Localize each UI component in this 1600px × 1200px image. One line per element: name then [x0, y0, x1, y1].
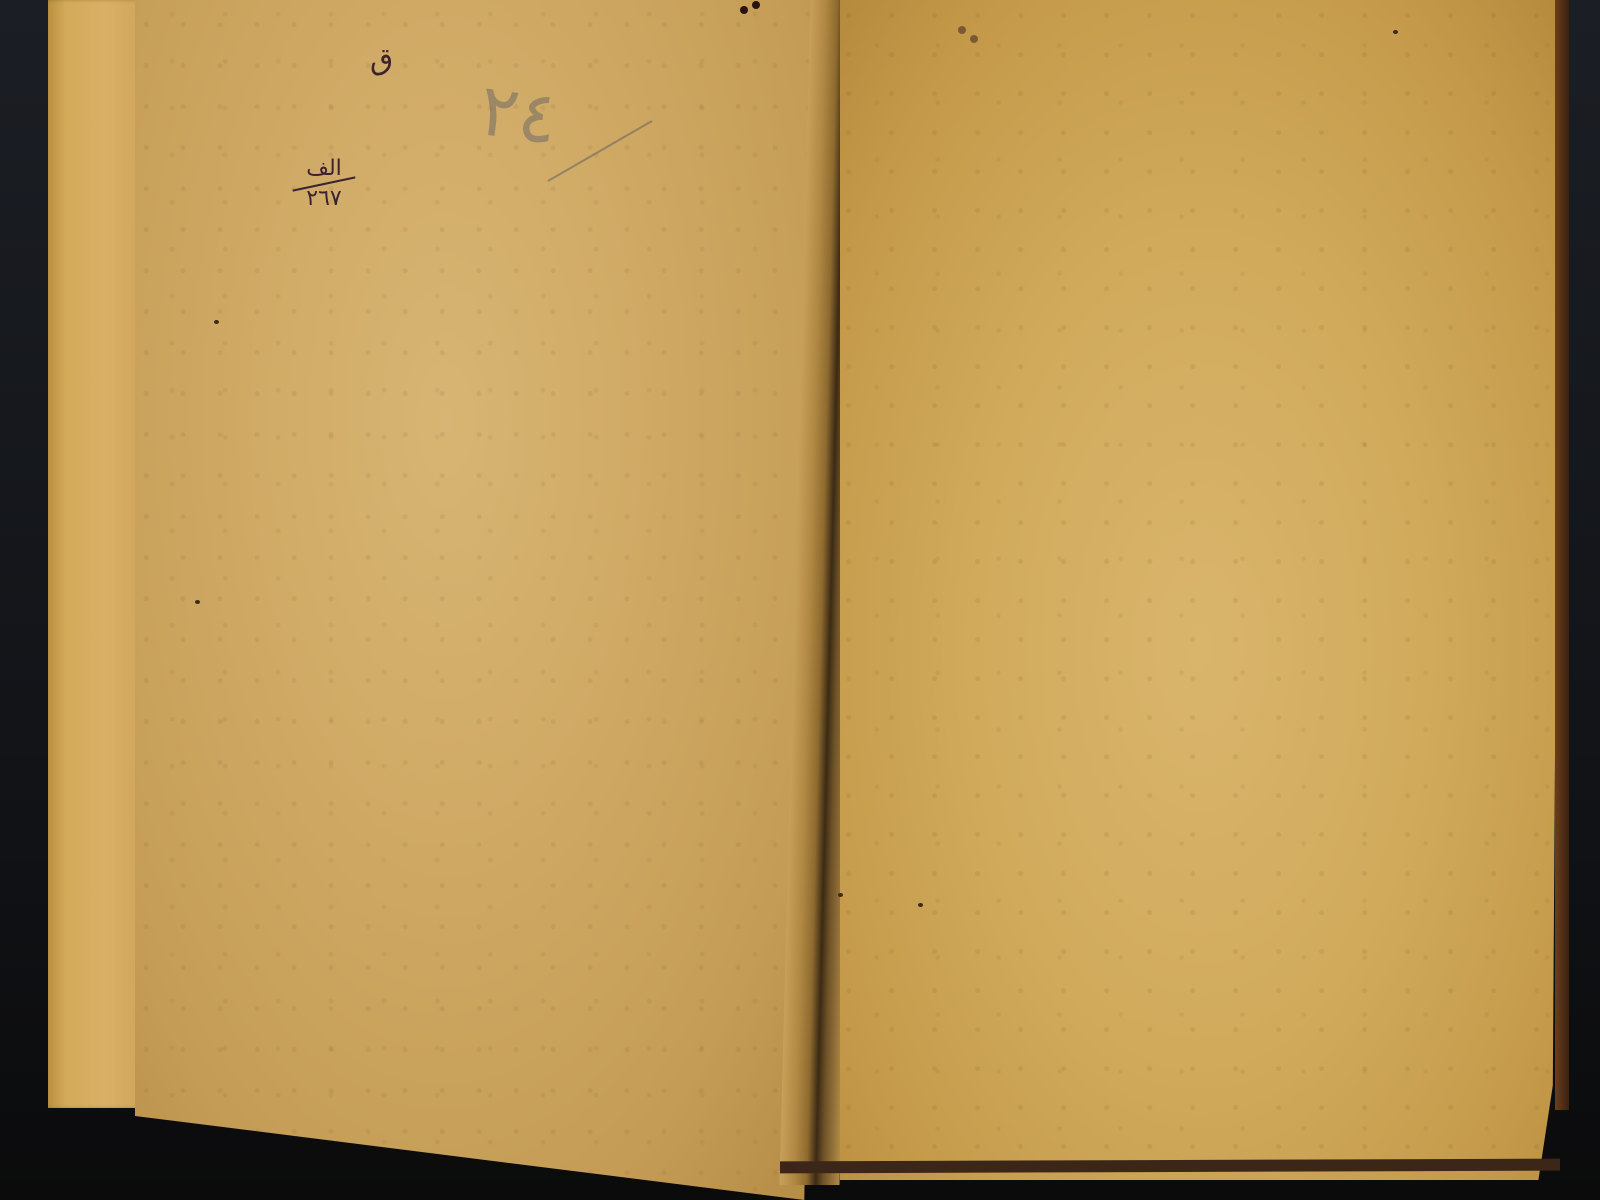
paper-speck	[838, 893, 843, 897]
paper-speck	[195, 600, 200, 604]
paper-speck	[214, 320, 219, 324]
wormhole	[958, 26, 966, 34]
wormhole	[970, 35, 978, 43]
paper-speck	[918, 903, 923, 907]
right-page	[840, 0, 1560, 1180]
manuscript-photo: ق الف ٢٦٧ ٢٤	[0, 0, 1600, 1200]
left-flyleaf-edge	[48, 0, 143, 1108]
wormhole	[740, 6, 748, 14]
cover-board-edge	[1555, 0, 1569, 1110]
pencil-annotation: ٢٤	[475, 67, 563, 161]
wormhole	[752, 1, 760, 9]
ink-annotation: ق	[370, 42, 393, 77]
shelf-mark-top: الف	[306, 156, 342, 181]
paper-speck	[1393, 30, 1398, 34]
shelf-mark-bottom: ٢٦٧	[306, 186, 341, 211]
left-page	[135, 0, 825, 1200]
shelf-mark: الف ٢٦٧	[292, 158, 356, 210]
